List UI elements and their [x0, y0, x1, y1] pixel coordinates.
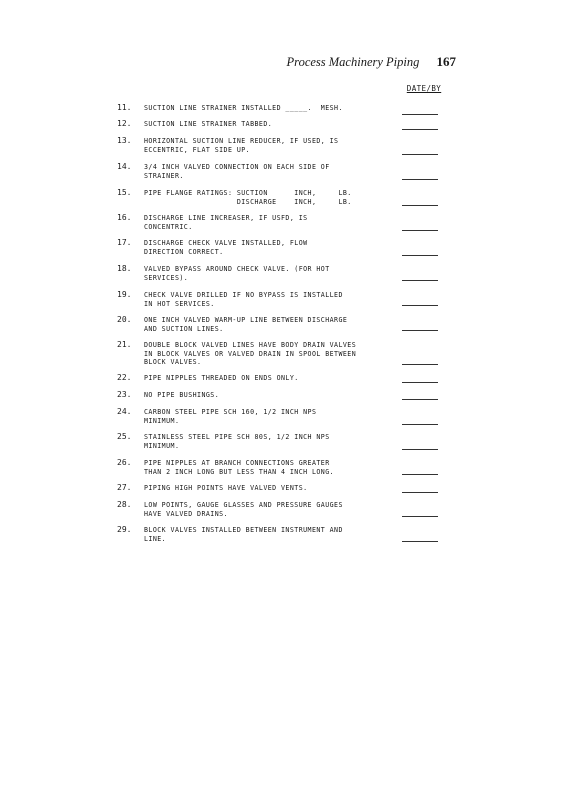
item-text: Discharge check valve installed, flow di…: [144, 239, 394, 256]
item-text: Stainless steel pipe sch 80S, 1/2 inch n…: [144, 433, 394, 450]
date-by-blank[interactable]: [402, 305, 438, 306]
item-text: One inch valved warm-up line between dis…: [144, 316, 394, 333]
item-number: 22.: [117, 373, 139, 382]
running-title: Process Machinery Piping: [287, 55, 420, 69]
item-number: 24.: [117, 407, 139, 416]
date-by-blank[interactable]: [402, 449, 438, 450]
item-text: Suction line strainer installed _____. M…: [144, 104, 394, 113]
date-by-blank[interactable]: [402, 179, 438, 180]
date-by-column-header: DATE/BY: [406, 84, 442, 93]
item-text: Discharge line increaser, if usfd, is co…: [144, 214, 394, 231]
item-text: Check valve drilled if no bypass is inst…: [144, 291, 394, 308]
date-by-blank[interactable]: [402, 474, 438, 475]
date-by-blank[interactable]: [402, 424, 438, 425]
date-by-blank[interactable]: [402, 230, 438, 231]
item-text: Pipe nipples threaded on ends only.: [144, 374, 394, 383]
item-text: Carbon steel pipe sch 160, 1/2 inch nps …: [144, 408, 394, 425]
item-number: 12.: [117, 119, 139, 128]
item-text: 3/4 inch valved connection on each side …: [144, 163, 394, 180]
date-by-blank[interactable]: [402, 364, 438, 365]
item-number: 25.: [117, 432, 139, 441]
item-text: Piping high points have valved vents.: [144, 484, 394, 493]
item-number: 19.: [117, 290, 139, 299]
date-by-blank[interactable]: [402, 382, 438, 383]
date-by-blank[interactable]: [402, 205, 438, 206]
item-number: 18.: [117, 264, 139, 273]
item-number: 26.: [117, 458, 139, 467]
item-number: 23.: [117, 390, 139, 399]
item-number: 17.: [117, 238, 139, 247]
item-number: 15.: [117, 188, 139, 197]
item-number: 20.: [117, 315, 139, 324]
item-text: No pipe bushings.: [144, 391, 394, 400]
item-number: 13.: [117, 136, 139, 145]
item-number: 29.: [117, 525, 139, 534]
item-text: Block valves installed between instrumen…: [144, 526, 394, 543]
item-text: Double block valved lines have body drai…: [144, 341, 394, 367]
date-by-blank[interactable]: [402, 154, 438, 155]
item-text: Horizontal suction line reducer, if used…: [144, 137, 394, 154]
page-number: 167: [437, 54, 457, 69]
date-by-blank[interactable]: [402, 129, 438, 130]
item-number: 21.: [117, 340, 139, 349]
date-by-blank[interactable]: [402, 399, 438, 400]
date-by-blank[interactable]: [402, 492, 438, 493]
date-by-blank[interactable]: [402, 280, 438, 281]
date-by-blank[interactable]: [402, 255, 438, 256]
running-head: Process Machinery Piping 167: [0, 54, 456, 70]
date-by-blank[interactable]: [402, 541, 438, 542]
item-number: 28.: [117, 500, 139, 509]
item-text: Pipe nipples at branch connections great…: [144, 459, 394, 476]
item-text: Low points, gauge glasses and pressure g…: [144, 501, 394, 518]
item-number: 27.: [117, 483, 139, 492]
date-by-blank[interactable]: [402, 114, 438, 115]
date-by-blank[interactable]: [402, 516, 438, 517]
item-number: 11.: [117, 103, 139, 112]
item-number: 14.: [117, 162, 139, 171]
item-text: Suction line strainer tabbed.: [144, 120, 394, 129]
date-by-blank[interactable]: [402, 330, 438, 331]
item-number: 16.: [117, 213, 139, 222]
item-text: Valved bypass around check valve. (For h…: [144, 265, 394, 282]
item-text: Pipe flange ratings: Suction inch, lb. D…: [144, 189, 394, 206]
